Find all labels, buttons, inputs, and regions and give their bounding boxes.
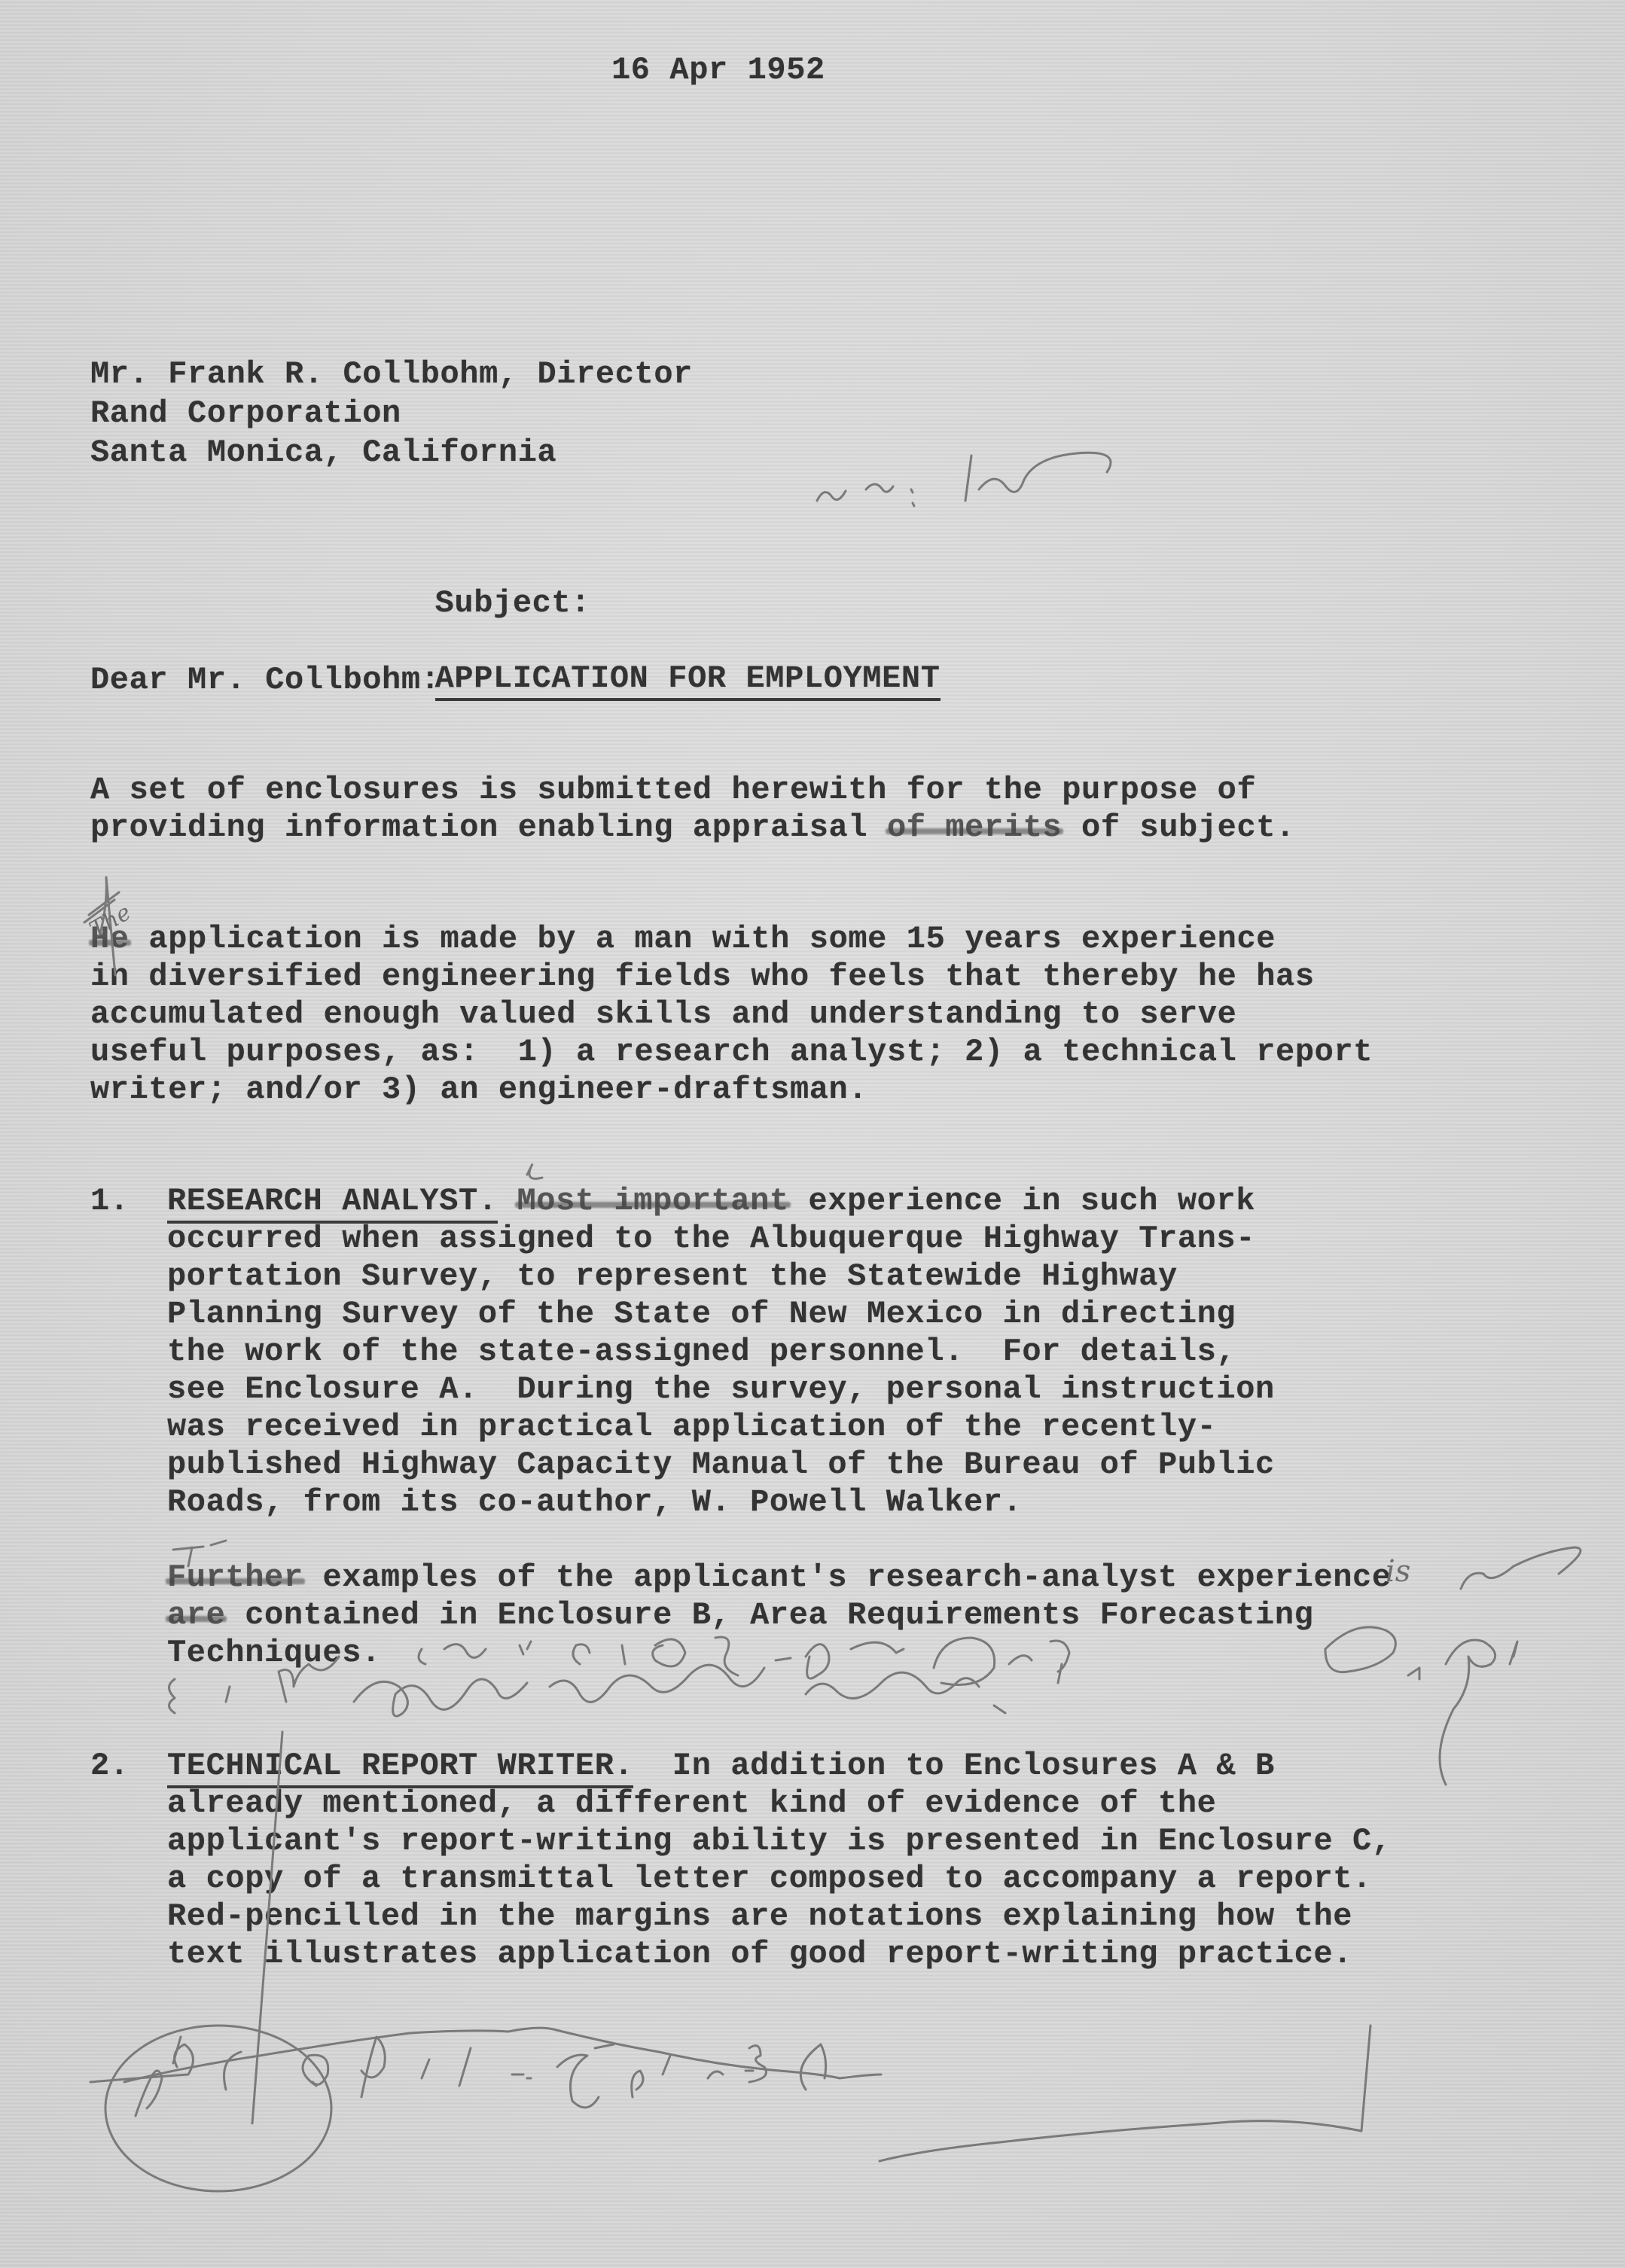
recipient-organization: Rand Corporation — [90, 395, 401, 432]
item2-line1: TECHNICAL REPORT WRITER. In addition to … — [167, 1747, 1275, 1785]
item1-line6: see Enclosure A. During the survey, pers… — [167, 1370, 1275, 1408]
para1-line2: providing information enabling appraisal… — [90, 809, 1295, 846]
item1-line9: Roads, from its co-author, W. Powell Wal… — [167, 1483, 1022, 1521]
item1-line8: published Highway Capacity Manual of the… — [167, 1446, 1275, 1483]
struck-text: Most important — [517, 1183, 788, 1219]
item1-text: experience in such work — [789, 1183, 1255, 1219]
item1-sub-text: examples of the applicant's research-ana… — [303, 1559, 1392, 1596]
item2-line5: Red-pencilled in the margins are notatio… — [167, 1898, 1352, 1935]
item2-line6: text illustrates application of good rep… — [167, 1935, 1352, 1973]
item1-sub-line2: are contained in Enclosure B, Area Requi… — [167, 1596, 1313, 1634]
salutation: Dear Mr. Collbohm: — [90, 661, 440, 699]
item1-line2: occurred when assigned to the Albuquerqu… — [167, 1220, 1255, 1257]
item1-sub-line1: Further examples of the applicant's rese… — [167, 1559, 1392, 1596]
subject-label: Subject: — [435, 585, 590, 621]
para2-line3: accumulated enough valued skills and und… — [90, 995, 1236, 1033]
item1-sub-line3: Techniques. — [167, 1634, 381, 1672]
item1-line5: the work of the state-assigned personnel… — [167, 1333, 1236, 1370]
subject-line: Subject: APPLICATION FOR EMPLOYMENT — [396, 547, 941, 697]
para1-text: providing information enabling appraisal — [90, 809, 887, 846]
item1-line7: was received in practical application of… — [167, 1408, 1216, 1446]
item2-heading: TECHNICAL REPORT WRITER. — [167, 1748, 633, 1788]
para1-text-end: of subject. — [1062, 809, 1295, 846]
item1-number: 1. — [90, 1182, 130, 1220]
item1-line4: Planning Survey of the State of New Mexi… — [167, 1295, 1236, 1333]
item2-text: In addition to Enclosures A & B — [633, 1748, 1275, 1784]
para2-line5: writer; and/or 3) an engineer-draftsman. — [90, 1071, 867, 1108]
item2-line4: a copy of a transmittal letter composed … — [167, 1860, 1372, 1898]
letter-date: 16 Apr 1952 — [611, 51, 825, 89]
item2-line3: applicant's report-writing ability is pr… — [167, 1822, 1392, 1860]
item2-number: 2. — [90, 1747, 130, 1785]
item2-line2: already mentioned, a different kind of e… — [167, 1785, 1216, 1822]
para2-line1: He application is made by a man with som… — [90, 920, 1276, 958]
struck-word: are — [167, 1597, 225, 1633]
item1-heading: RESEARCH ANALYST. — [167, 1183, 498, 1224]
para2-line2: in diversified engineering fields who fe… — [90, 958, 1315, 995]
handwritten-insert-is: is — [1386, 1554, 1410, 1589]
recipient-name: Mr. Frank R. Collbohm, Director — [90, 355, 693, 393]
para2-text: application is made by a man with some 1… — [148, 921, 1276, 957]
struck-word: Further — [167, 1559, 303, 1596]
recipient-address: Santa Monica, California — [90, 434, 556, 471]
struck-text: of merits — [887, 809, 1062, 846]
subject-text: APPLICATION FOR EMPLOYMENT — [435, 660, 941, 701]
para1-line1: A set of enclosures is submitted herewit… — [90, 771, 1256, 809]
item1-line3: portation Survey, to represent the State… — [167, 1257, 1178, 1295]
item1-line1: RESEARCH ANALYST. Most important experie… — [167, 1182, 1255, 1220]
para2-line4: useful purposes, as: 1) a research analy… — [90, 1033, 1373, 1071]
item1-sub-text: contained in Enclosure B, Area Requireme… — [225, 1597, 1313, 1633]
